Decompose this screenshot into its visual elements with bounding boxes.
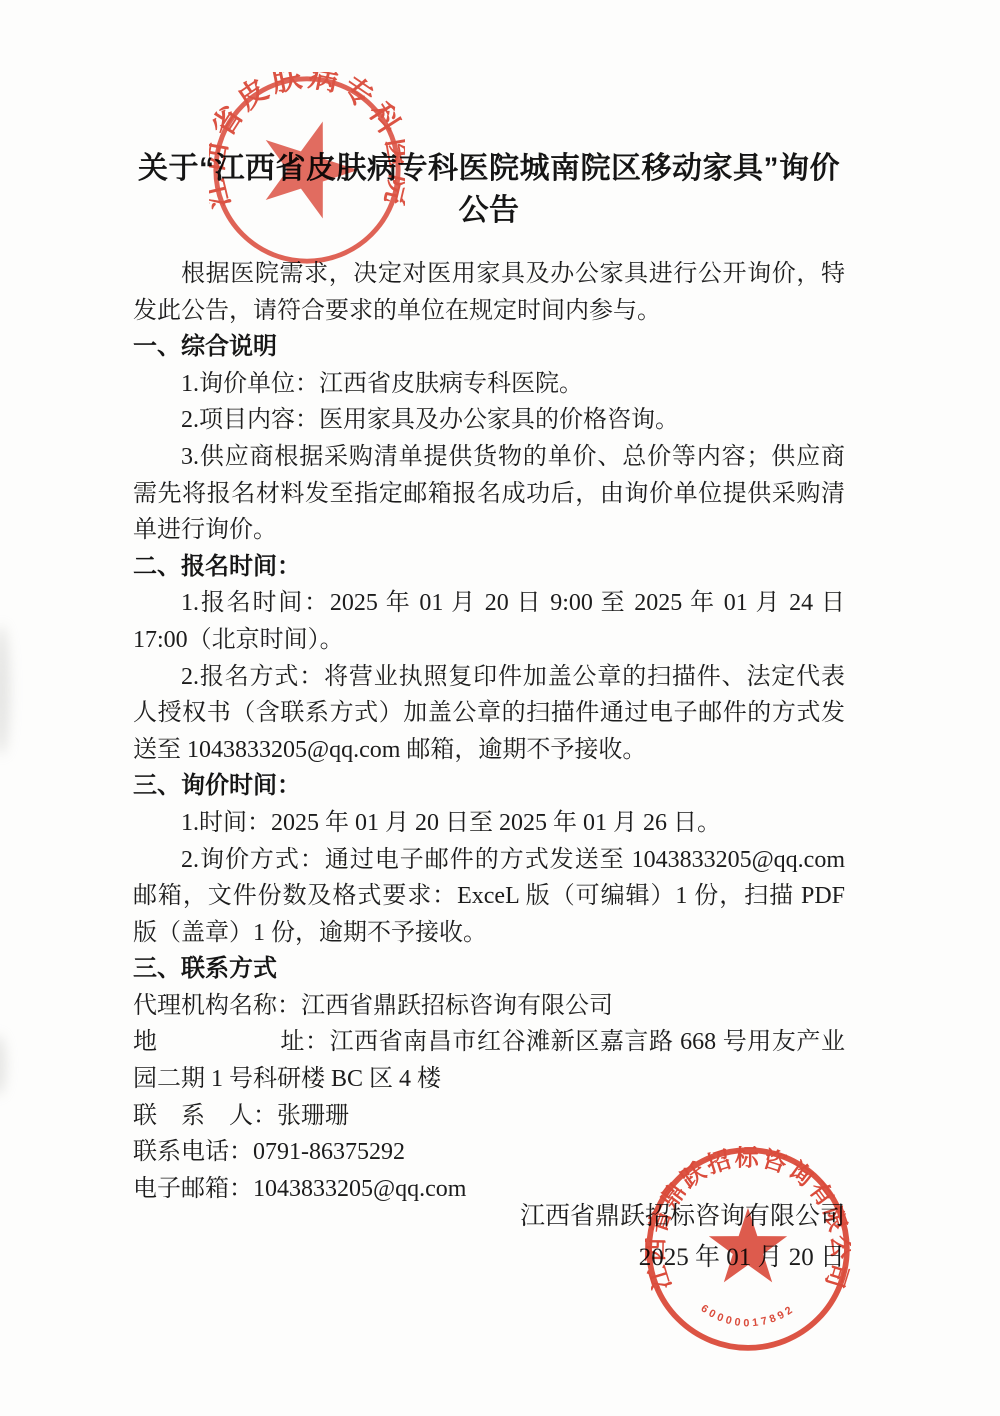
scan-smudge: [0, 625, 10, 755]
section-item: 2.项目内容：医用家具及办公家具的价格咨询。: [133, 402, 845, 439]
signature-company: 江西省鼎跃招标咨询有限公司: [520, 1196, 845, 1237]
contact-person: 联 系 人：张珊珊: [133, 1098, 845, 1135]
section-item: 1.时间：2025 年 01 月 20 日至 2025 年 01 月 26 日。: [133, 805, 845, 842]
scan-smudge: [0, 1035, 6, 1095]
section-heading-contact: 三、联系方式: [133, 951, 845, 988]
contact-phone: 联系电话：0791-86375292: [133, 1134, 845, 1171]
section-heading-signup-time: 二、报名时间：: [133, 549, 845, 586]
contact-address: 地 址：江西省南昌市红谷滩新区嘉言路 668 号用友产业园二期 1 号科研楼 B…: [133, 1024, 845, 1097]
section-heading-inquiry-time: 三、询价时间：: [133, 768, 845, 805]
section-heading-general: 一、综合说明: [133, 329, 845, 366]
signature-date: 2025 年 01 月 20 日: [520, 1237, 845, 1278]
section-item: 1.询价单位：江西省皮肤病专科医院。: [133, 366, 845, 403]
contact-agency-name: 代理机构名称：江西省鼎跃招标咨询有限公司: [133, 988, 845, 1025]
section-item: 2.报名方式：将营业执照复印件加盖公章的扫描件、法定代表人授权书（含联系方式）加…: [133, 659, 845, 769]
intro-paragraph: 根据医院需求，决定对医用家具及办公家具进行公开询价，特发此公告，请符合要求的单位…: [133, 256, 845, 329]
section-item: 3.供应商根据采购清单提供货物的单价、总价等内容；供应商需先将报名材料发至指定邮…: [133, 439, 845, 549]
signature-block: 江西省鼎跃招标咨询有限公司 2025 年 01 月 20 日: [520, 1196, 845, 1278]
document-body: 关于“江西省皮肤病专科医院城南院区移动家具”询价公告 根据医院需求，决定对医用家…: [133, 148, 845, 1207]
section-item: 2.询价方式：通过电子邮件的方式发送至 1043833205@qq.com 邮箱…: [133, 842, 845, 952]
page-title: 关于“江西省皮肤病专科医院城南院区移动家具”询价公告: [133, 148, 845, 232]
document-page: 关于“江西省皮肤病专科医院城南院区移动家具”询价公告 根据医院需求，决定对医用家…: [0, 0, 1000, 1416]
section-item: 1.报名时间：2025 年 01 月 20 日 9:00 至 2025 年 01…: [133, 585, 845, 658]
